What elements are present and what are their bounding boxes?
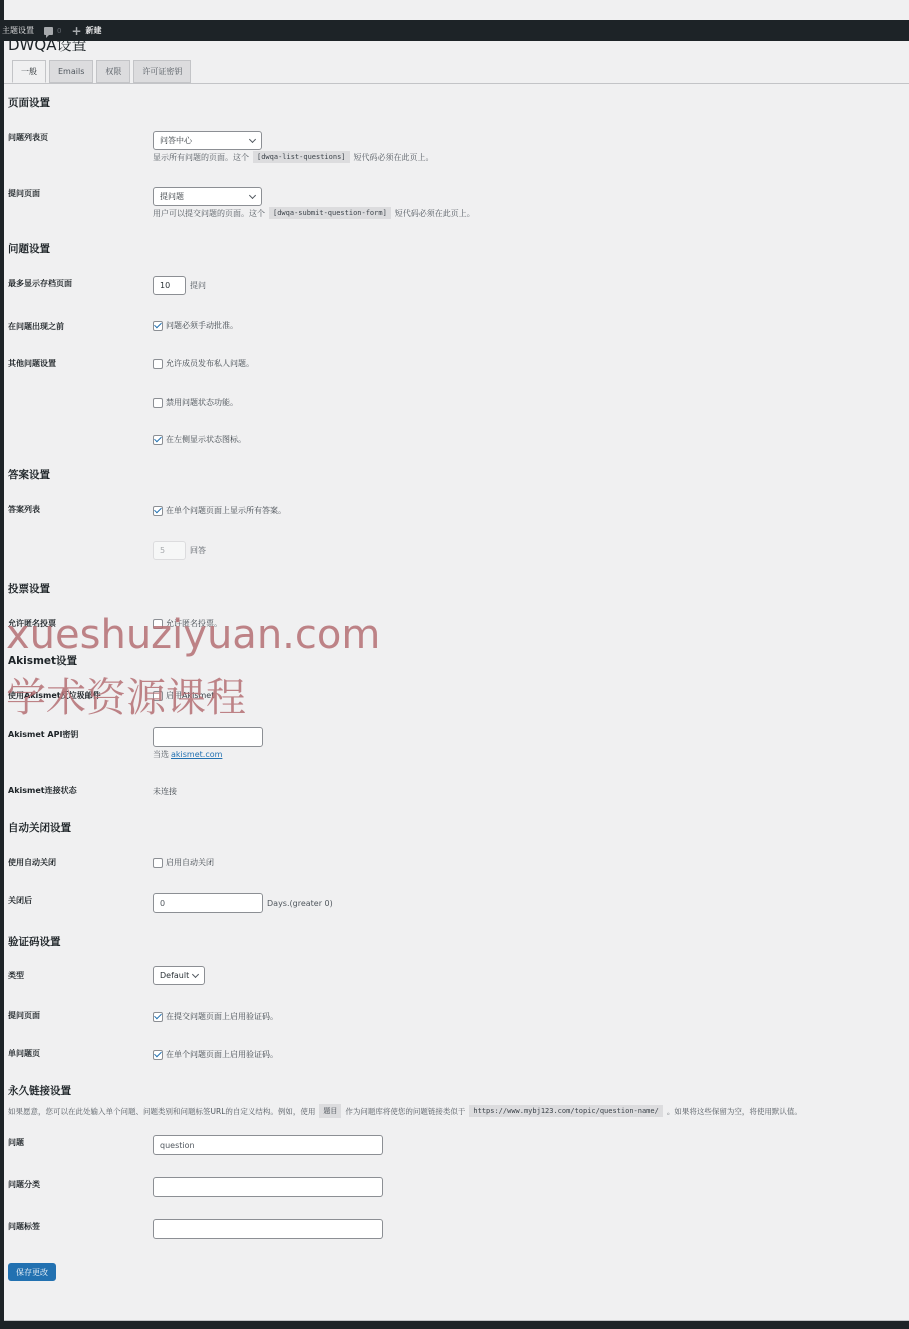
permalink-description: 如果愿意，您可以在此处输入单个问题、问题类别和问题标签URL的自定义结构。例如，… — [8, 1104, 802, 1118]
captcha-type-select[interactable]: Default — [153, 966, 205, 985]
captcha-ask-label: 在提交问题页面上启用验证码。 — [166, 1011, 278, 1022]
new-label: 新建 — [86, 25, 102, 36]
top-strip — [0, 0, 909, 20]
approve-option[interactable]: 问题必须手动批准。 — [153, 320, 238, 331]
ask-page-select[interactable]: 提问题 — [153, 187, 262, 206]
label-captcha-ask: 提问页面 — [8, 1010, 40, 1021]
captcha-ask-checkbox[interactable] — [153, 1012, 163, 1022]
captcha-type-selected: Default — [160, 971, 189, 980]
adminbar-comments[interactable]: 0 — [44, 27, 61, 35]
max-archive-input[interactable]: 10 — [153, 276, 186, 295]
answers-per-page-suffix: 回答 — [190, 545, 206, 556]
autoclose-days-input[interactable]: 0 — [153, 893, 263, 913]
answers-per-page-input[interactable]: 5 — [153, 541, 186, 560]
autoclose-days-suffix: Days.(greater 0) — [267, 899, 333, 908]
private-questions-label: 允许成员发布私人问题。 — [166, 358, 254, 369]
show-all-answers-label: 在单个问题页面上显示所有答案。 — [166, 505, 286, 516]
disable-status-checkbox[interactable] — [153, 398, 163, 408]
admin-menu-edge — [0, 0, 4, 1329]
private-questions-checkbox[interactable] — [153, 359, 163, 369]
status-icon-label: 在左侧显示状态图标。 — [166, 434, 246, 445]
show-all-answers-checkbox[interactable] — [153, 506, 163, 516]
approve-checkbox[interactable] — [153, 321, 163, 331]
label-other-settings: 其他问题设置 — [8, 358, 56, 369]
label-akismet-key: Akismet API密钥 — [8, 729, 78, 740]
permalink-category-input[interactable] — [153, 1177, 383, 1197]
adminbar-site-name[interactable]: 主题设置 — [2, 25, 34, 36]
status-icon-checkbox[interactable] — [153, 435, 163, 445]
status-icon-option[interactable]: 在左侧显示状态图标。 — [153, 434, 246, 445]
permalink-question-input[interactable]: question — [153, 1135, 383, 1155]
label-anonymous-vote: 允许匿名投票 — [8, 618, 56, 629]
code-sample: 题目 — [319, 1104, 341, 1118]
ask-page-selected: 提问题 — [160, 191, 184, 202]
shortcode: [dwqa-submit-question-form] — [269, 207, 391, 219]
label-before-appear: 在问题出现之前 — [8, 321, 64, 332]
autoclose-enable-label: 启用自动关闭 — [166, 857, 214, 868]
section-page-settings: 页面设置 — [8, 95, 50, 110]
captcha-single-label: 在单个问题页面上启用验证码。 — [166, 1049, 278, 1060]
tab-license[interactable]: 许可证密钥 — [133, 60, 191, 83]
desc-text: 。如果将这些保留为空，将使用默认值。 — [667, 1106, 802, 1117]
tab-divider — [4, 83, 909, 84]
anonymous-vote-label: 允许匿名投票。 — [166, 618, 222, 629]
save-changes-button[interactable]: 保存更改 — [8, 1263, 56, 1281]
label-akismet-use: 使用Akismet反垃圾邮件 — [8, 690, 101, 701]
show-all-answers-option[interactable]: 在单个问题页面上显示所有答案。 — [153, 505, 286, 516]
akismet-status-value: 未连接 — [153, 786, 177, 797]
list-page-select[interactable]: 问答中心 — [153, 131, 262, 150]
captcha-ask-option[interactable]: 在提交问题页面上启用验证码。 — [153, 1011, 278, 1022]
chevron-down-icon — [249, 191, 256, 198]
comment-bubble-icon — [44, 27, 53, 35]
autoclose-enable-option[interactable]: 启用自动关闭 — [153, 857, 214, 868]
shortcode: [dwqa-list-questions] — [253, 151, 350, 163]
label-permalink-category: 问题分类 — [8, 1179, 40, 1190]
bottom-bar — [0, 1321, 909, 1329]
desc-text: 短代码必须在此页上。 — [395, 208, 475, 219]
akismet-link[interactable]: akismet.com — [171, 750, 222, 759]
label-ask-page: 提问页面 — [8, 188, 40, 199]
label-permalink-tag: 问题标签 — [8, 1221, 40, 1232]
chevron-down-icon — [192, 970, 199, 977]
adminbar-new[interactable]: + 新建 — [71, 25, 101, 37]
akismet-key-hint: 当选 akismet.com — [153, 749, 222, 760]
captcha-single-checkbox[interactable] — [153, 1050, 163, 1060]
captcha-single-option[interactable]: 在单个问题页面上启用验证码。 — [153, 1049, 278, 1060]
section-question-settings: 问题设置 — [8, 241, 50, 256]
disable-status-option[interactable]: 禁用问题状态功能。 — [153, 397, 238, 408]
comments-count: 0 — [57, 27, 61, 35]
akismet-enable-checkbox[interactable] — [153, 691, 163, 701]
max-archive-suffix: 提问 — [190, 280, 206, 291]
label-list-page: 问题列表页 — [8, 132, 48, 143]
desc-text: 显示所有问题的页面。这个 — [153, 152, 249, 163]
list-page-description: 显示所有问题的页面。这个 [dwqa-list-questions] 短代码必须… — [153, 151, 434, 163]
section-captcha-settings: 验证码设置 — [8, 934, 61, 949]
code-sample: https://www.mybj123.com/topic/question-n… — [469, 1105, 662, 1117]
autoclose-enable-checkbox[interactable] — [153, 858, 163, 868]
tab-permissions[interactable]: 权限 — [96, 60, 130, 83]
desc-text: 作为问题库将使您的问题链接类似于 — [345, 1106, 465, 1117]
akismet-enable-option[interactable]: 启用Akismet — [153, 690, 214, 701]
section-answer-settings: 答案设置 — [8, 467, 50, 482]
label-permalink-question: 问题 — [8, 1137, 24, 1148]
section-akismet-settings: Akismet设置 — [8, 653, 77, 668]
approve-checkbox-label: 问题必须手动批准。 — [166, 320, 238, 331]
label-autoclose-use: 使用自动关闭 — [8, 857, 56, 868]
label-akismet-status: Akismet连接状态 — [8, 785, 77, 796]
label-captcha-type: 类型 — [8, 970, 24, 981]
akismet-key-input[interactable] — [153, 727, 263, 747]
tab-emails[interactable]: Emails — [49, 60, 93, 83]
settings-tabs: 一般 Emails 权限 许可证密钥 — [12, 60, 191, 83]
desc-text: 用户可以提交问题的页面。这个 — [153, 208, 265, 219]
anonymous-vote-checkbox[interactable] — [153, 619, 163, 629]
private-questions-option[interactable]: 允许成员发布私人问题。 — [153, 358, 254, 369]
chevron-down-icon — [249, 135, 256, 142]
section-vote-settings: 投票设置 — [8, 581, 50, 596]
label-captcha-single: 单问题页 — [8, 1048, 40, 1059]
disable-status-label: 禁用问题状态功能。 — [166, 397, 238, 408]
permalink-tag-input[interactable] — [153, 1219, 383, 1239]
label-autoclose-after: 关闭后 — [8, 895, 32, 906]
admin-bar: 主题设置 0 + 新建 — [0, 20, 909, 41]
ask-page-description: 用户可以提交问题的页面。这个 [dwqa-submit-question-for… — [153, 207, 475, 219]
akismet-enable-label: 启用Akismet — [166, 690, 214, 701]
section-permalink-settings: 永久链接设置 — [8, 1083, 71, 1098]
hint-text: 当选 — [153, 749, 169, 760]
anonymous-vote-option[interactable]: 允许匿名投票。 — [153, 618, 222, 629]
section-autoclose-settings: 自动关闭设置 — [8, 820, 71, 835]
list-page-selected: 问答中心 — [160, 135, 192, 146]
plus-icon: + — [71, 25, 81, 37]
desc-text: 如果愿意，您可以在此处输入单个问题、问题类别和问题标签URL的自定义结构。例如，… — [8, 1106, 315, 1117]
label-max-archive: 最多显示存档页面 — [8, 278, 72, 289]
label-answer-list: 答案列表 — [8, 504, 40, 515]
tab-general[interactable]: 一般 — [12, 60, 46, 83]
desc-text: 短代码必须在此页上。 — [354, 152, 434, 163]
